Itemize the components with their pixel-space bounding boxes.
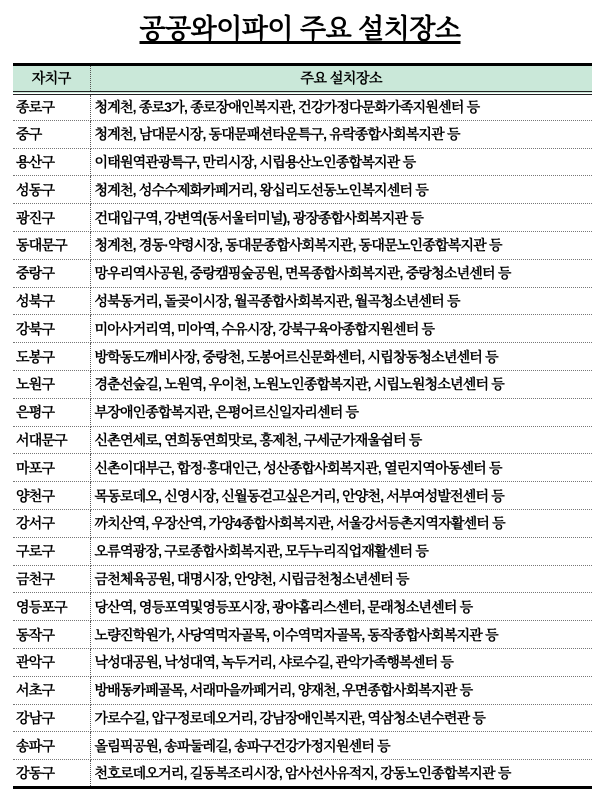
district-cell: 서대문구 [13, 426, 90, 454]
district-cell: 성북구 [13, 287, 90, 315]
table-row: 관악구 낙성대공원, 낙성대역, 녹두거리, 샤로수길, 관악가족행복센터 등 [13, 648, 592, 676]
district-cell: 성동구 [13, 176, 90, 204]
locations-cell: 미아사거리역, 미아역, 수유시장, 강북구육아종합지원센터 등 [90, 315, 592, 343]
table-row: 서대문구 신촌연세로, 연희동연희맛로, 홍제천, 구세군가재울쉼터 등 [13, 426, 592, 454]
table-row: 동대문구 청계천, 경동·약령시장, 동대문종합사회복지관, 동대문노인종합복지… [13, 231, 592, 259]
table-row: 종로구 청계천, 종로3가, 종로장애인복지관, 건강가정다문화가족지원센터 등 [13, 93, 592, 121]
table-row: 강동구 천호로데오거리, 길동복조리시장, 암사선사유적지, 강동노인종합복지관… [13, 760, 592, 788]
page-title: 공공와이파이 주요 설치장소 [0, 7, 600, 46]
district-cell: 동작구 [13, 621, 90, 649]
locations-cell: 신촌이대부근, 합정·홍대인근, 성산종합사회복지관, 열린지역아동센터 등 [90, 454, 592, 482]
district-cell: 구로구 [13, 537, 90, 565]
district-cell: 서초구 [13, 676, 90, 704]
table-row: 구로구 오류역광장, 구로종합사회복지관, 모두누리직업재활센터 등 [13, 537, 592, 565]
table-row: 동작구 노량진학원가, 사당역먹자골목, 이수역먹자골목, 동작종합사회복지관 … [13, 621, 592, 649]
table-row: 중구 청계천, 남대문시장, 동대문패션타운특구, 유락종합사회복지관 등 [13, 120, 592, 148]
district-cell: 노원구 [13, 370, 90, 398]
district-cell: 양천구 [13, 482, 90, 510]
header-district: 자치구 [13, 65, 90, 93]
locations-cell: 방배동카페골목, 서래마을까페거리, 양재천, 우면종합사회복지관 등 [90, 676, 592, 704]
locations-cell: 가로수길, 압구정로데오거리, 강남장애인복지관, 역삼청소년수련관 등 [90, 704, 592, 732]
locations-cell: 까치산역, 우장산역, 가양4종합사회복지관, 서울강서등촌지역자활센터 등 [90, 509, 592, 537]
district-cell: 중랑구 [13, 259, 90, 287]
table-row: 중랑구 망우리역사공원, 중랑캠핑숲공원, 면목종합사회복지관, 중랑청소년센터… [13, 259, 592, 287]
locations-cell: 오류역광장, 구로종합사회복지관, 모두누리직업재활센터 등 [90, 537, 592, 565]
district-cell: 동대문구 [13, 231, 90, 259]
locations-cell: 망우리역사공원, 중랑캠핑숲공원, 면목종합사회복지관, 중랑청소년센터 등 [90, 259, 592, 287]
table-row: 은평구 부장애인종합복지관, 은평어르신일자리센터 등 [13, 398, 592, 426]
table-row: 도봉구 방학동도깨비사장, 중랑천, 도봉어르신문화센터, 시립창동청소년센터 … [13, 343, 592, 371]
district-cell: 강동구 [13, 760, 90, 788]
district-cell: 도봉구 [13, 343, 90, 371]
locations-cell: 청계천, 성수수제화카페거리, 왕십리도선동노인복지센터 등 [90, 176, 592, 204]
table-row: 송파구 올림픽공원, 송파둘레길, 송파구건강가정지원센터 등 [13, 732, 592, 760]
locations-cell: 청계천, 남대문시장, 동대문패션타운특구, 유락종합사회복지관 등 [90, 120, 592, 148]
district-cell: 중구 [13, 120, 90, 148]
table-row: 성북구 성북동거리, 돌곶이시장, 월곡종합사회복지관, 월곡청소년센터 등 [13, 287, 592, 315]
district-cell: 송파구 [13, 732, 90, 760]
district-cell: 관악구 [13, 648, 90, 676]
locations-cell: 성북동거리, 돌곶이시장, 월곡종합사회복지관, 월곡청소년센터 등 [90, 287, 592, 315]
locations-cell: 노량진학원가, 사당역먹자골목, 이수역먹자골목, 동작종합사회복지관 등 [90, 621, 592, 649]
table-row: 금천구 금천체육공원, 대명시장, 안양천, 시립금천청소년센터 등 [13, 565, 592, 593]
locations-cell: 부장애인종합복지관, 은평어르신일자리센터 등 [90, 398, 592, 426]
header-locations: 주요 설치장소 [90, 65, 592, 93]
table-row: 마포구 신촌이대부근, 합정·홍대인근, 성산종합사회복지관, 열린지역아동센터… [13, 454, 592, 482]
district-cell: 강서구 [13, 509, 90, 537]
locations-cell: 올림픽공원, 송파둘레길, 송파구건강가정지원센터 등 [90, 732, 592, 760]
district-cell: 영등포구 [13, 593, 90, 621]
district-cell: 강남구 [13, 704, 90, 732]
locations-cell: 이태원역관광특구, 만리시장, 시립용산노인종합복지관 등 [90, 148, 592, 176]
locations-cell: 청계천, 종로3가, 종로장애인복지관, 건강가정다문화가족지원센터 등 [90, 93, 592, 121]
table-row: 강북구 미아사거리역, 미아역, 수유시장, 강북구육아종합지원센터 등 [13, 315, 592, 343]
document-page: 공공와이파이 주요 설치장소 자치구 주요 설치장소 종로구 청계천, 종로3가… [0, 0, 600, 800]
locations-cell: 청계천, 경동·약령시장, 동대문종합사회복지관, 동대문노인종합복지관 등 [90, 231, 592, 259]
table-row: 서초구 방배동카페골목, 서래마을까페거리, 양재천, 우면종합사회복지관 등 [13, 676, 592, 704]
locations-cell: 천호로데오거리, 길동복조리시장, 암사선사유적지, 강동노인종합복지관 등 [90, 760, 592, 788]
locations-cell: 방학동도깨비사장, 중랑천, 도봉어르신문화센터, 시립창동청소년센터 등 [90, 343, 592, 371]
locations-cell: 낙성대공원, 낙성대역, 녹두거리, 샤로수길, 관악가족행복센터 등 [90, 648, 592, 676]
locations-cell: 경춘선숲길, 노원역, 우이천, 노원노인종합복지관, 시립노원청소년센터 등 [90, 370, 592, 398]
table-row: 광진구 건대입구역, 강변역(동서울터미널), 광장종합사회복지관 등 [13, 204, 592, 232]
locations-cell: 건대입구역, 강변역(동서울터미널), 광장종합사회복지관 등 [90, 204, 592, 232]
table-row: 양천구 목동로데오, 신영시장, 신월동걷고싶은거리, 안양천, 서부여성발전센… [13, 482, 592, 510]
wifi-table-body: 종로구 청계천, 종로3가, 종로장애인복지관, 건강가정다문화가족지원센터 등… [13, 93, 592, 788]
district-cell: 마포구 [13, 454, 90, 482]
district-cell: 금천구 [13, 565, 90, 593]
table-row: 노원구 경춘선숲길, 노원역, 우이천, 노원노인종합복지관, 시립노원청소년센… [13, 370, 592, 398]
locations-cell: 금천체육공원, 대명시장, 안양천, 시립금천청소년센터 등 [90, 565, 592, 593]
table-row: 성동구 청계천, 성수수제화카페거리, 왕십리도선동노인복지센터 등 [13, 176, 592, 204]
locations-cell: 목동로데오, 신영시장, 신월동걷고싶은거리, 안양천, 서부여성발전센터 등 [90, 482, 592, 510]
locations-cell: 신촌연세로, 연희동연희맛로, 홍제천, 구세군가재울쉼터 등 [90, 426, 592, 454]
table-row: 강서구 까치산역, 우장산역, 가양4종합사회복지관, 서울강서등촌지역자활센터… [13, 509, 592, 537]
table-row: 용산구 이태원역관광특구, 만리시장, 시립용산노인종합복지관 등 [13, 148, 592, 176]
district-cell: 강북구 [13, 315, 90, 343]
table-header-row: 자치구 주요 설치장소 [13, 65, 592, 93]
table-row: 강남구 가로수길, 압구정로데오거리, 강남장애인복지관, 역삼청소년수련관 등 [13, 704, 592, 732]
locations-cell: 당산역, 영등포역및영등포시장, 광야홈리스센터, 문래청소년센터 등 [90, 593, 592, 621]
district-cell: 은평구 [13, 398, 90, 426]
district-cell: 용산구 [13, 148, 90, 176]
district-cell: 종로구 [13, 93, 90, 121]
district-cell: 광진구 [13, 204, 90, 232]
table-row: 영등포구 당산역, 영등포역및영등포시장, 광야홈리스센터, 문래청소년센터 등 [13, 593, 592, 621]
wifi-locations-table: 자치구 주요 설치장소 종로구 청계천, 종로3가, 종로장애인복지관, 건강가… [13, 63, 592, 789]
